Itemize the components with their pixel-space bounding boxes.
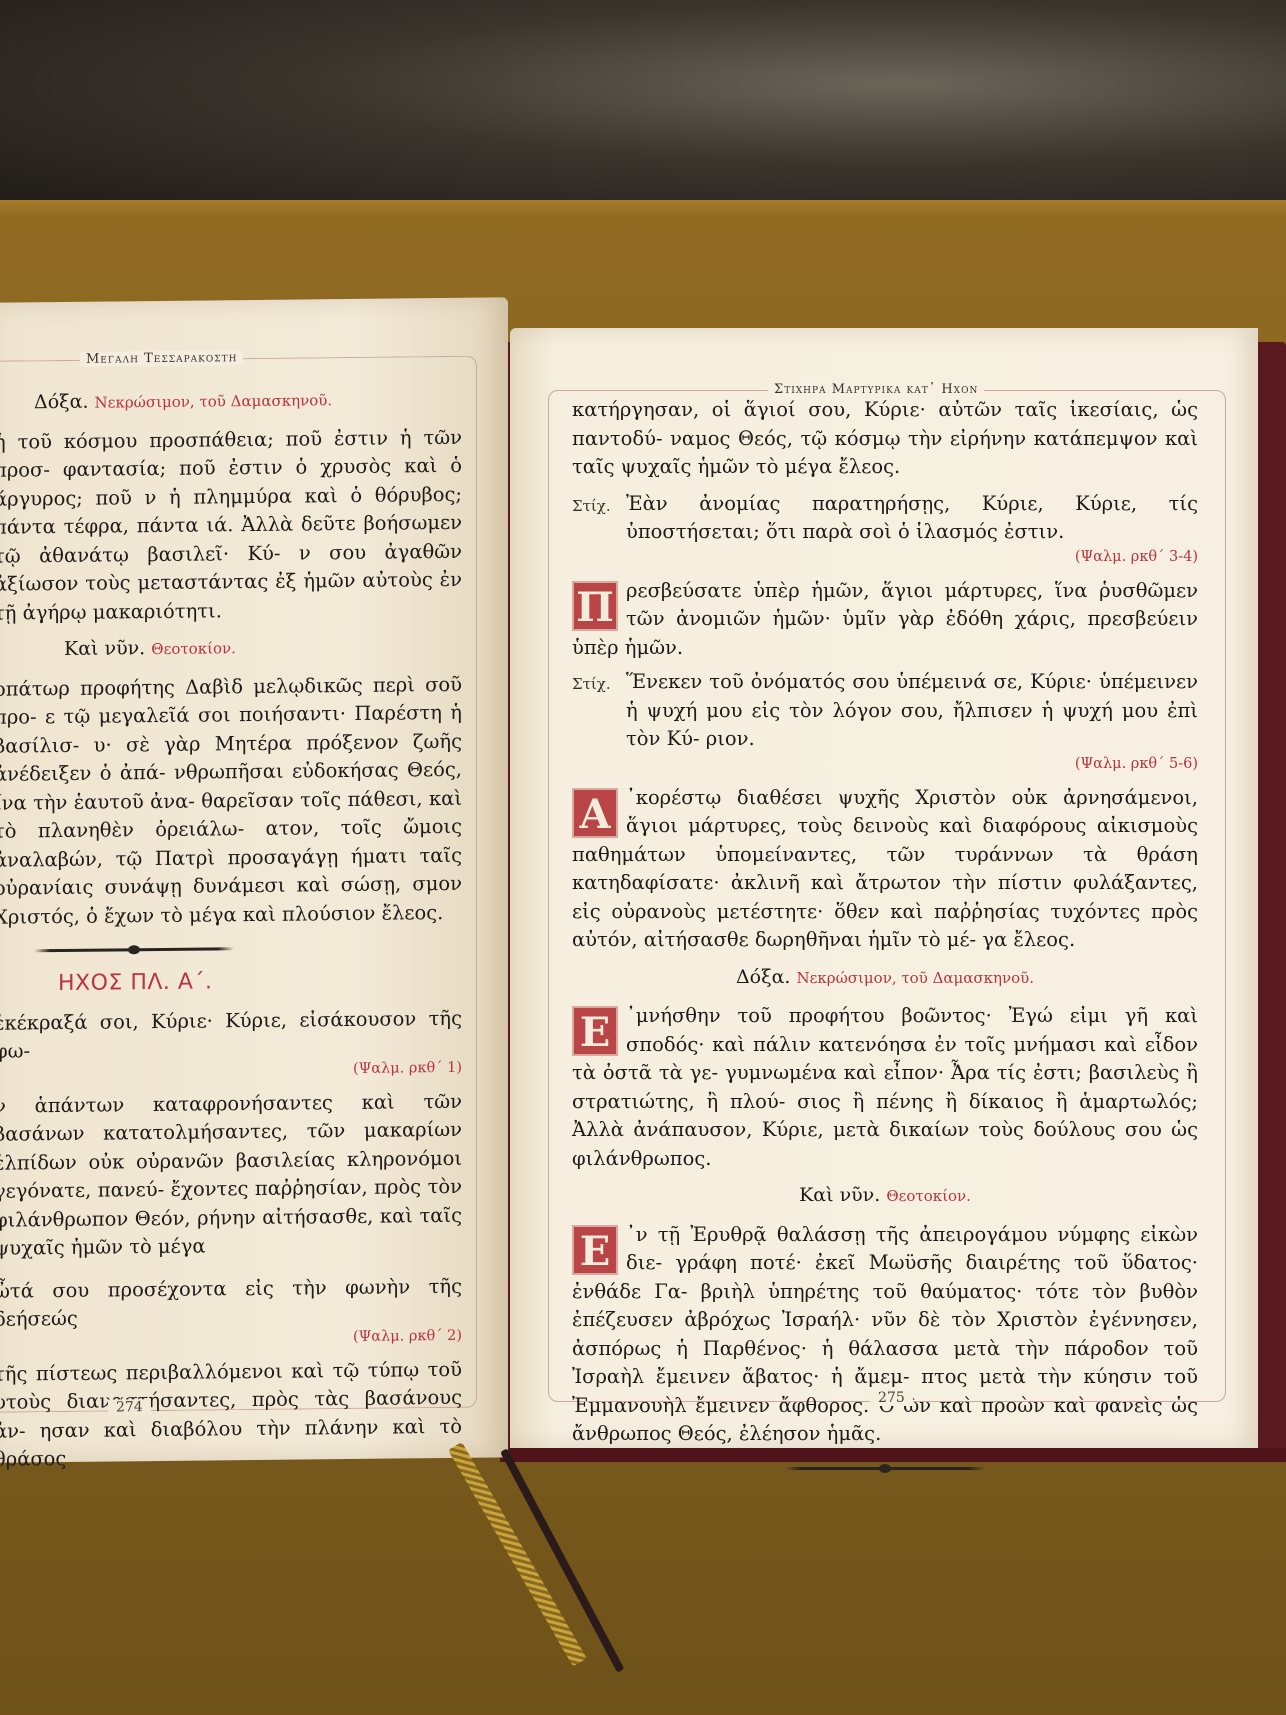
ornamental-divider <box>34 947 234 952</box>
page-number: 275 <box>870 1390 913 1406</box>
hymn-paragraph: τῆς πίστεως περιβαλλόμενοι καὶ τῷ τύπῳ τ… <box>0 1355 462 1474</box>
hymn-with-dropcap: Α ᾽κορέστῳ διαθέσει ψυχῆς Χριστὸν οὐκ ἀρ… <box>572 784 1198 955</box>
stichos-label: Στίχ. <box>572 668 616 754</box>
section-heading: Δόξα. Νεκρώσιμον, τοῦ Δαμασκηνοῦ. <box>34 384 462 418</box>
section-heading: Δόξα. Νεκρώσιμον, τοῦ Δαμασκηνοῦ. <box>572 963 1198 993</box>
left-page: Μεγαλη Τεσσαρακοστη Δόξα. Νεκρώσιμον, το… <box>0 297 508 1462</box>
page-number: 274 <box>108 1399 151 1415</box>
hymn-paragraph: ν ἁπάντων καταφρονήσαντες καὶ τῶν βασάνω… <box>0 1087 462 1263</box>
hymn-paragraph: οπάτωρ προφήτης Δαβὶδ μελῳδικῶς περὶ σοῦ… <box>0 670 462 931</box>
stichos-verse: Στίχ. Ἕνεκεν τοῦ ὀνόματός σου ὑπέμεινά σ… <box>572 668 1198 754</box>
hymn-with-dropcap: Ε ᾽ν τῇ Ἐρυθρᾷ θαλάσσῃ τῆς ἀπειρογάμου ν… <box>572 1221 1198 1449</box>
hymn-with-dropcap: Ε ᾽μνήσθην τοῦ προφήτου βοῶντος· Ἐγώ εἰμ… <box>572 1002 1198 1173</box>
background-dark-wall <box>0 0 1286 210</box>
stichos-label: Στίχ. <box>572 490 616 547</box>
running-head: Μεγαλη Τεσσαρακοστη <box>80 350 243 367</box>
psalm-reference: (Ψαλμ. ρκθ΄ 1) <box>0 1057 462 1082</box>
hymn-with-dropcap: Π ρεσβεύσατε ὑπὲρ ἡμῶν, ἅγιοι μάρτυρες, … <box>572 577 1198 663</box>
illuminated-initial: Α <box>572 788 618 838</box>
illuminated-initial: Π <box>572 581 618 631</box>
section-heading: Καὶ νῦν. Θεοτοκίον. <box>64 631 462 665</box>
illuminated-initial: Ε <box>572 1225 618 1275</box>
psalm-verse: ἐκέκραξά σοι, Κύριε· Κύριε, εἰσάκουσον τ… <box>0 1004 462 1066</box>
right-page: Στιχηρα Μαρτυρικα κατ᾽ Ηχον κατήργησαν, … <box>510 328 1258 1448</box>
psalm-reference: (Ψαλμ. ρκθ΄ 3-4) <box>572 547 1198 567</box>
section-heading: Καὶ νῦν. Θεοτοκίον. <box>572 1181 1198 1211</box>
psalm-verse: ὦτά σου προσέχοντα εἰς τὴν φωνὴν τῆς δεή… <box>0 1272 462 1334</box>
hymn-paragraph: ἡ τοῦ κόσμου προσπάθεια; ποῦ ἐστιν ἡ τῶν… <box>0 423 462 627</box>
running-head: Στιχηρα Μαρτυρικα κατ᾽ Ηχον <box>768 382 984 397</box>
ornamental-divider <box>785 1467 985 1470</box>
right-page-text: κατήργησαν, οἱ ἅγιοί σου, Κύριε· αὐτῶν τ… <box>572 396 1198 1488</box>
illuminated-initial: Ε <box>572 1006 618 1056</box>
stichos-verse: Στίχ. Ἐὰν ἀνομίας παρατηρήσῃς, Κύριε, Κύ… <box>572 490 1198 547</box>
left-page-text: Δόξα. Νεκρώσιμον, τοῦ Δαμασκηνοῦ. ἡ τοῦ … <box>0 376 462 1482</box>
psalm-reference: (Ψαλμ. ρκθ΄ 5-6) <box>572 754 1198 774</box>
tone-heading: ΗΧΟΣ ΠΛ. Α΄. <box>58 966 462 999</box>
hymn-paragraph: κατήργησαν, οἱ ἅγιοί σου, Κύριε· αὐτῶν τ… <box>572 396 1198 482</box>
